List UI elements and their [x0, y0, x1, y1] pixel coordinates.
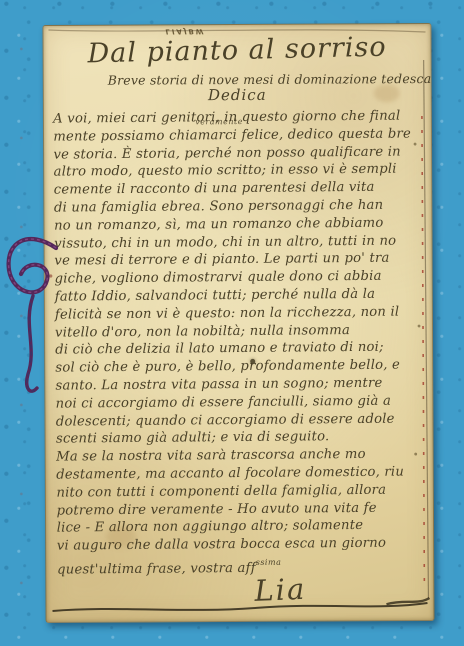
ink-blot: [250, 359, 255, 364]
handwritten-line: felicità se non vi è questo: non la ricc…: [55, 303, 427, 324]
letter-page: LIAJBW Dal pianto al sorriso Breve stori…: [42, 23, 434, 623]
inserted-correction: veramente: [195, 117, 243, 126]
closing-superscript: ssima: [256, 558, 282, 567]
closing-line: quest'ultima frase, vostra affssima: [57, 552, 429, 573]
scanned-letter-photo: LIAJBW Dal pianto al sorriso Breve stori…: [0, 0, 464, 646]
handwritten-line: potremo dire veramente - Ho avuto una vi…: [56, 499, 428, 520]
closing-text: quest'ultima frase, vostra aff: [57, 561, 256, 578]
handwritten-line: dolescenti; quando ci accorgiamo di esse…: [56, 410, 428, 431]
letter-body: veramente A voi, miei cari genitori, in …: [53, 107, 429, 573]
paper-stain: [374, 84, 400, 102]
pencil-mark: LIAJBW: [165, 27, 205, 35]
signature: Lia: [254, 572, 307, 608]
dedication-heading: Dedica: [44, 85, 431, 105]
letter-title: Dal pianto al sorriso: [43, 31, 431, 71]
paper-stain: [106, 526, 136, 548]
